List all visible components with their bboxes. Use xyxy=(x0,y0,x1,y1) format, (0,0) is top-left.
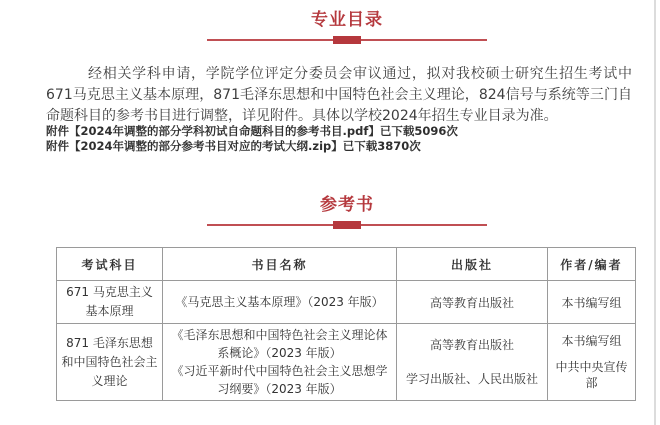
section-title-reference-books: 参考书 xyxy=(207,194,487,216)
attachment-line: 附件【2024年调整的部分学科初试自命题科目的参考书目.pdf】已下载5096次 xyxy=(46,124,632,139)
cell-books: 《马克思主义基本原理》（2023 年版） xyxy=(163,281,397,324)
cell-publisher: 高等教育出版社 学习出版社、人民出版社 xyxy=(397,324,548,401)
attachment-list: 附件【2024年调整的部分学科初试自命题科目的参考书目.pdf】已下载5096次… xyxy=(46,124,632,153)
header-exam-subject: 考试科目 xyxy=(57,248,163,281)
book-title: 《习近平新时代中国特色社会主义思想学习纲要》（2023 年版） xyxy=(167,362,392,398)
cell-author: 本书编写组 xyxy=(548,281,636,324)
table-row: 671 马克思主义基本原理 《马克思主义基本原理》（2023 年版） 高等教育出… xyxy=(57,281,636,324)
section-heading-catalog: 专业目录 xyxy=(207,9,487,41)
section-rule-accent xyxy=(333,36,361,44)
section-rule-accent xyxy=(333,221,361,229)
table-row: 871 毛泽东思想和中国特色社会主义理论 《毛泽东思想和中国特色社会主义理论体系… xyxy=(57,324,636,401)
section-heading-reference-books: 参考书 xyxy=(207,194,487,226)
cell-author: 本书编写组 中共中央宣传部 xyxy=(548,324,636,401)
book-title: 《马克思主义基本原理》（2023 年版） xyxy=(167,293,392,311)
notice-paragraph: 经相关学科申请，学院学位评定分委员会审议通过，拟对我校硕士研究生招生考试中671… xyxy=(46,64,632,127)
section-title-catalog: 专业目录 xyxy=(207,9,487,31)
attachment-link-pdf[interactable]: 【2024年调整的部分学科初试自命题科目的参考书目.pdf】 xyxy=(69,124,380,138)
header-author: 作者/编者 xyxy=(548,248,636,281)
reference-books-table: 考试科目 书目名称 出版社 作者/编者 671 马克思主义基本原理 《马克思主义… xyxy=(56,247,636,401)
cell-subject: 871 毛泽东思想和中国特色社会主义理论 xyxy=(57,324,163,401)
attachment-prefix: 附件 xyxy=(46,139,69,153)
attachment-download-count: 已下载5096次 xyxy=(380,124,458,138)
author-name: 本书编写组 xyxy=(552,333,631,349)
cell-subject: 671 马克思主义基本原理 xyxy=(57,281,163,324)
section-rule xyxy=(207,39,487,41)
header-publisher: 出版社 xyxy=(397,248,548,281)
publisher-name: 高等教育出版社 xyxy=(401,337,543,353)
attachment-line: 附件【2024年调整的部分参考书目对应的考试大纲.zip】已下载3870次 xyxy=(46,139,632,154)
author-name: 中共中央宣传部 xyxy=(552,359,631,391)
cell-publisher: 高等教育出版社 xyxy=(397,281,548,324)
publisher-name: 学习出版社、人民出版社 xyxy=(401,371,543,387)
header-book-title: 书目名称 xyxy=(163,248,397,281)
attachment-prefix: 附件 xyxy=(46,124,69,138)
book-title: 《毛泽东思想和中国特色社会主义理论体系概论》（2023 年版） xyxy=(167,326,392,362)
cell-books: 《毛泽东思想和中国特色社会主义理论体系概论》（2023 年版） 《习近平新时代中… xyxy=(163,324,397,401)
page-right-edge-divider xyxy=(654,0,656,425)
attachment-download-count: 已下载3870次 xyxy=(343,139,421,153)
table-header-row: 考试科目 书目名称 出版社 作者/编者 xyxy=(57,248,636,281)
page: 专业目录 经相关学科申请，学院学位评定分委员会审议通过，拟对我校硕士研究生招生考… xyxy=(0,0,660,425)
attachment-link-zip[interactable]: 【2024年调整的部分参考书目对应的考试大纲.zip】 xyxy=(69,139,343,153)
section-rule xyxy=(207,224,487,226)
